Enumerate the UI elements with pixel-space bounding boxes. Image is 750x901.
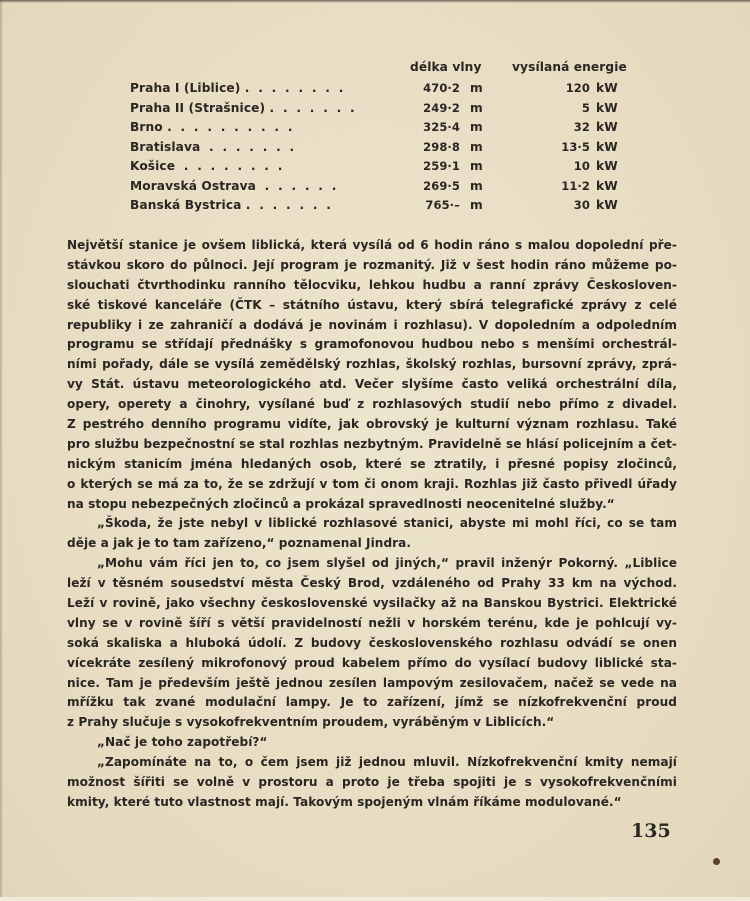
leader-dots: . . . . . . . . [175, 159, 282, 173]
text-line: možnost šířiti se volně v prostoru a pro… [67, 773, 677, 793]
power-value: 10 [510, 159, 590, 173]
wavelength-unit: m [470, 140, 483, 154]
text-line: na stopu nebezpečných zločinců a prokáza… [67, 495, 677, 515]
table-row: Bratislava . . . . . . .298·8m13·5kW [130, 140, 640, 160]
power-unit: kW [596, 101, 618, 115]
leader-dots: . . . . . . . [265, 101, 355, 115]
power-value: 13·5 [510, 140, 590, 154]
power-value: 11·2 [510, 179, 590, 193]
station-name: Banská Bystrica . . . . . . . [130, 198, 331, 212]
text-line: vy Stát. ústavu meteorologického atd. Ve… [67, 375, 677, 395]
text-line: pro službu bezpečnostní se stal rozhlas … [67, 435, 677, 455]
leader-dots: . . . . . . . [200, 140, 294, 154]
table-row: Košice . . . . . . . .259·1m10kW [130, 159, 640, 179]
text-line: o kterých se má za to, že se zdržují v t… [67, 475, 677, 495]
text-line: stávkou skoro do půlnoci. Její program j… [67, 256, 677, 276]
page-top-edge [0, 0, 750, 3]
wavelength-unit: m [470, 120, 483, 134]
wavelength-unit: m [470, 81, 483, 95]
table-row: Praha II (Strašnice) . . . . . . .249·2m… [130, 101, 640, 121]
table-row: Brno . . . . . . . . . .325·4m32kW [130, 120, 640, 140]
station-name: Brno . . . . . . . . . . [130, 120, 293, 134]
wavelength-unit: m [470, 179, 483, 193]
text-line: ské tiskové kanceláře (ČTK – státního ús… [67, 296, 677, 316]
leader-dots: . . . . . . . [241, 198, 331, 212]
power-unit: kW [596, 81, 618, 95]
wavelength-unit: m [470, 198, 483, 212]
page-left-edge [0, 0, 3, 901]
text-line: mřížku tak zvané modulační lampy. Je to … [67, 693, 677, 713]
wavelength-value: 259·1 [418, 159, 460, 173]
text-line: děje a jak je to tam zařízeno,“ poznamen… [67, 534, 677, 554]
power-value: 30 [510, 198, 590, 212]
text-line: leží v těsném sousedství města Český Bro… [67, 574, 677, 594]
body-text: Největší stanice je ovšem liblická, kter… [67, 236, 677, 813]
text-line: programu se střídají přednášky s gramofo… [67, 335, 677, 355]
text-line: „Mohu vám říci jen to, co jsem slyšel od… [67, 554, 677, 574]
power-unit: kW [596, 140, 618, 154]
page-number: 135 [631, 820, 671, 842]
text-line: ními pořady, dále se vysílá zemědělský r… [67, 355, 677, 375]
text-line: soká skaliska a hluboká údolí. Z budovy … [67, 634, 677, 654]
power-value: 5 [510, 101, 590, 115]
book-page: délka vlny vysílaná energie Praha I (Lib… [0, 0, 750, 901]
text-line: slouchati čtvrthodinku ranního tělocviku… [67, 276, 677, 296]
power-unit: kW [596, 159, 618, 173]
leader-dots: . . . . . . . . . . [163, 120, 293, 134]
power-value: 120 [510, 81, 590, 95]
text-line: vícekráte zesílený mikrofonový proud kab… [67, 654, 677, 674]
leader-dots: . . . . . . . . [240, 81, 343, 95]
wavelength-value: 249·2 [418, 101, 460, 115]
text-line: Největší stanice je ovšem liblická, kter… [67, 236, 677, 256]
table-row: Moravská Ostrava . . . . . .269·5m11·2kW [130, 179, 640, 199]
table-row: Banská Bystrica . . . . . . .765·–m30kW [130, 198, 640, 218]
table-row: Praha I (Liblice) . . . . . . . .470·2m1… [130, 81, 640, 101]
text-line: Z pestrého denního programu vidíte, jak … [67, 415, 677, 435]
radio-stations-table: délka vlny vysílaná energie Praha I (Lib… [130, 60, 640, 218]
wavelength-value: 325·4 [418, 120, 460, 134]
wavelength-value: 765·– [418, 198, 460, 212]
text-line: „Zapomínáte na to, o čem jsem již jednou… [67, 753, 677, 773]
text-line: „Nač je toho zapotřebí?“ [67, 733, 677, 753]
text-line: z Prahy slučuje s vysokofrekventním prou… [67, 713, 677, 733]
power-value: 32 [510, 120, 590, 134]
power-unit: kW [596, 120, 618, 134]
text-line: opery, operety a činohry, vysílané buď z… [67, 395, 677, 415]
page-bottom-edge [0, 897, 750, 901]
leader-dots: . . . . . . [256, 179, 337, 193]
wavelength-value: 269·5 [418, 179, 460, 193]
wavelength-value: 298·8 [418, 140, 460, 154]
wavelength-unit: m [470, 101, 483, 115]
header-wavelength: délka vlny [410, 60, 481, 74]
station-name: Moravská Ostrava . . . . . . [130, 179, 336, 193]
station-name: Praha I (Liblice) . . . . . . . . [130, 81, 343, 95]
station-name: Praha II (Strašnice) . . . . . . . [130, 101, 355, 115]
ink-speck [713, 858, 720, 865]
text-line: kmity, které tuto vlastnost mají. Takový… [67, 793, 677, 813]
text-line: „Škoda, že jste nebyl v liblické rozhlas… [67, 514, 677, 534]
station-name: Košice . . . . . . . . [130, 159, 282, 173]
header-power: vysílaná energie [512, 60, 627, 74]
table-header: délka vlny vysílaná energie [130, 60, 640, 81]
wavelength-unit: m [470, 159, 483, 173]
station-name: Bratislava . . . . . . . [130, 140, 294, 154]
power-unit: kW [596, 198, 618, 212]
text-line: republiky i ze zahraničí a dodává je nov… [67, 316, 677, 336]
text-line: Leží v rovině, jako všechny českoslovens… [67, 594, 677, 614]
wavelength-value: 470·2 [418, 81, 460, 95]
text-line: vlny se v rovině šíří s větší pravidelno… [67, 614, 677, 634]
power-unit: kW [596, 179, 618, 193]
text-line: nice. Tam je především ještě jednou zesí… [67, 674, 677, 694]
text-line: nickým stanicím jména hledaných osob, kt… [67, 455, 677, 475]
